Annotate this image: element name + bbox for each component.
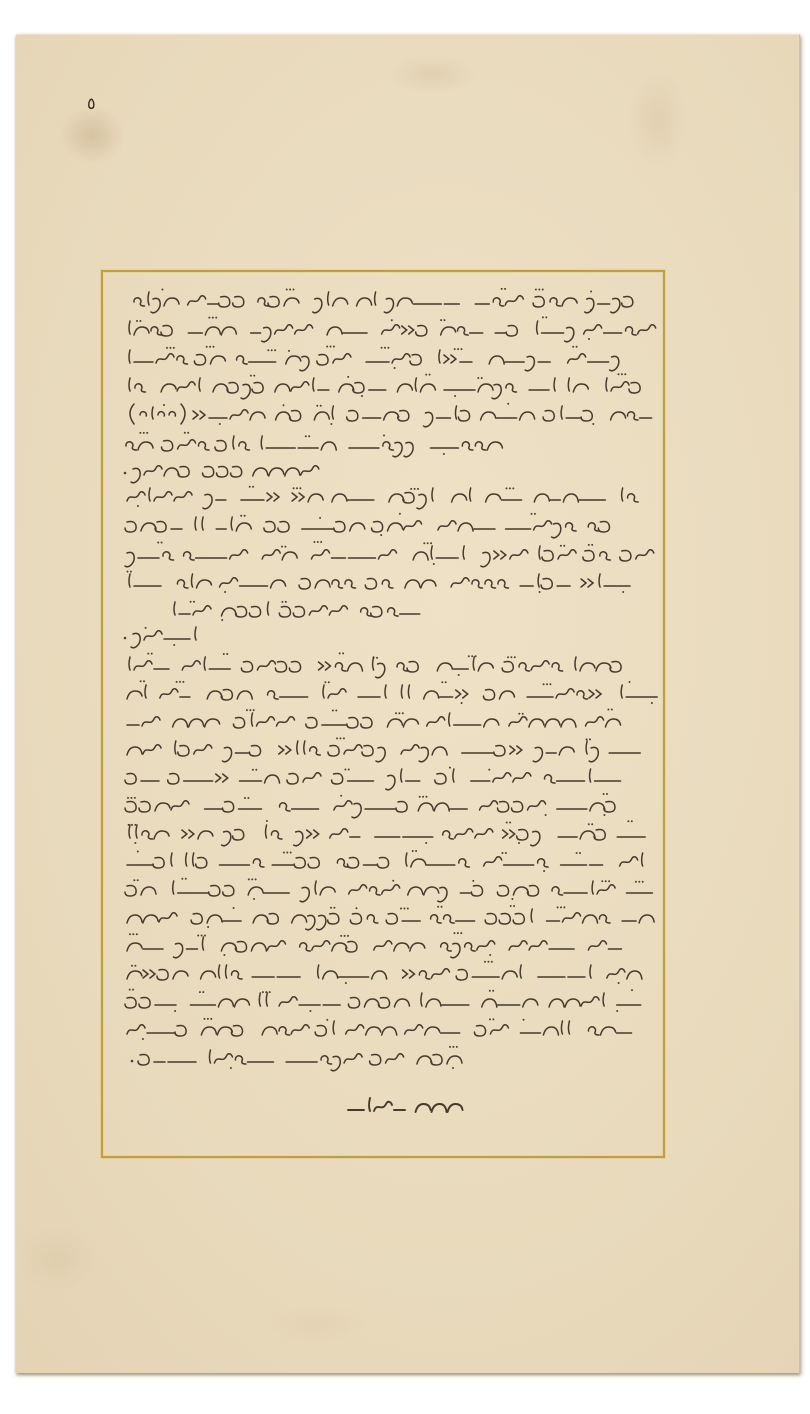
scanned-page: ٥ bbox=[0, 0, 810, 1414]
decorative-border-frame bbox=[101, 270, 665, 1158]
page-number: ٥ bbox=[87, 96, 96, 112]
